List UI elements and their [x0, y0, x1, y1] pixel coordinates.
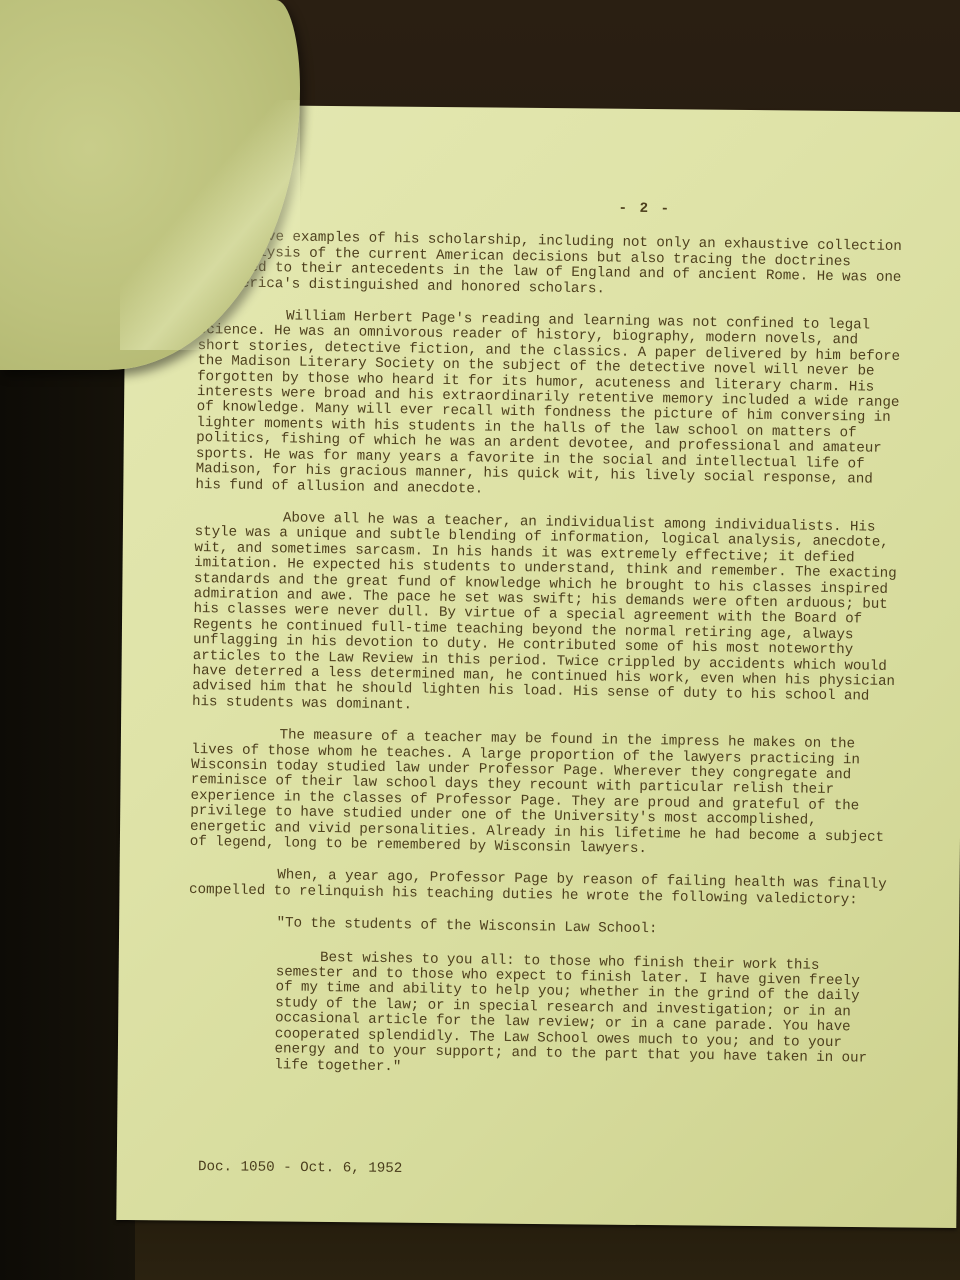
quote-body: Best wishes to you all: to those who fin…: [274, 950, 876, 1083]
page-text: - 2 - impressive examples of his scholar…: [186, 195, 910, 1100]
paragraph-valedictory-intro: When, a year ago, Professor Page by reas…: [189, 867, 899, 909]
document-footer: Doc. 1050 - Oct. 6, 1952: [198, 1159, 402, 1177]
quote-salutation: "To the students of the Wisconsin Law Sc…: [276, 917, 898, 942]
paragraph-measure: The measure of a teacher may be found in…: [190, 727, 902, 861]
paragraph-continued: impressive examples of his scholarship, …: [198, 229, 909, 302]
paragraph-reading: William Herbert Page's reading and learn…: [195, 308, 908, 504]
paragraph-teacher: Above all he was a teacher, an individua…: [192, 510, 905, 721]
